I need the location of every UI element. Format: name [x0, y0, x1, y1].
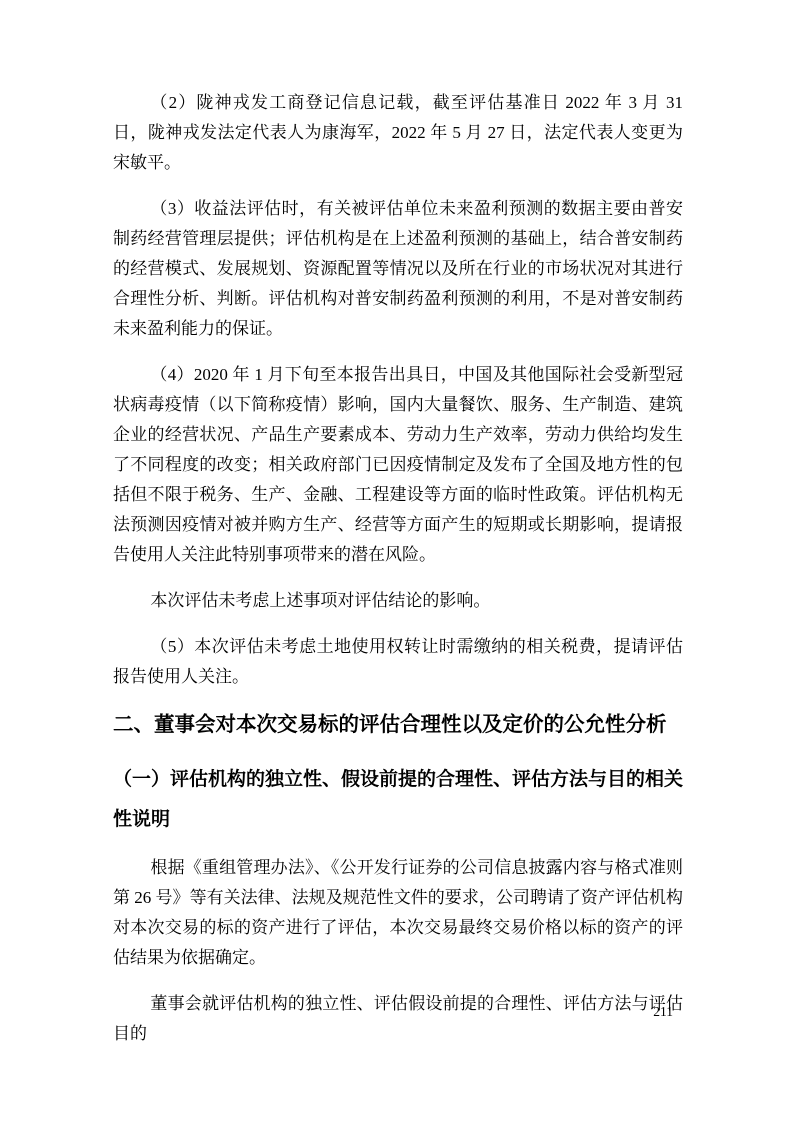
paragraph-item-3: （3）收益法评估时，有关被评估单位未来盈利预测的数据主要由普安制药经营管理层提供…	[113, 194, 683, 344]
document-page: （2）陇神戎发工商登记信息记载，截至评估基准日 2022 年 3 月 31 日，…	[0, 0, 793, 1122]
subsection-heading: （一）评估机构的独立性、假设前提的合理性、评估方法与目的相关性说明	[113, 760, 683, 840]
paragraph-board-statement: 董事会就评估机构的独立性、评估假设前提的合理性、评估方法与评估目的	[113, 989, 683, 1049]
paragraph-item-2: （2）陇神戎发工商登记信息记载，截至评估基准日 2022 年 3 月 31 日，…	[113, 88, 683, 178]
paragraph-item-4: （4）2020 年 1 月下旬至本报告出具日，中国及其他国际社会受新型冠状病毒疫…	[113, 360, 683, 570]
paragraph-basis: 根据《重组管理办法》、《公开发行证券的公司信息披露内容与格式准则第 26 号》等…	[113, 853, 683, 973]
page-content: （2）陇神戎发工商登记信息记载，截至评估基准日 2022 年 3 月 31 日，…	[113, 88, 683, 1065]
page-number: 211	[653, 1003, 673, 1021]
paragraph-note: 本次评估未考虑上述事项对评估结论的影响。	[113, 586, 683, 616]
paragraph-item-5: （5）本次评估未考虑土地使用权转让时需缴纳的相关税费，提请评估报告使用人关注。	[113, 632, 683, 692]
section-heading: 二、董事会对本次交易标的评估合理性以及定价的公允性分析	[113, 708, 683, 742]
